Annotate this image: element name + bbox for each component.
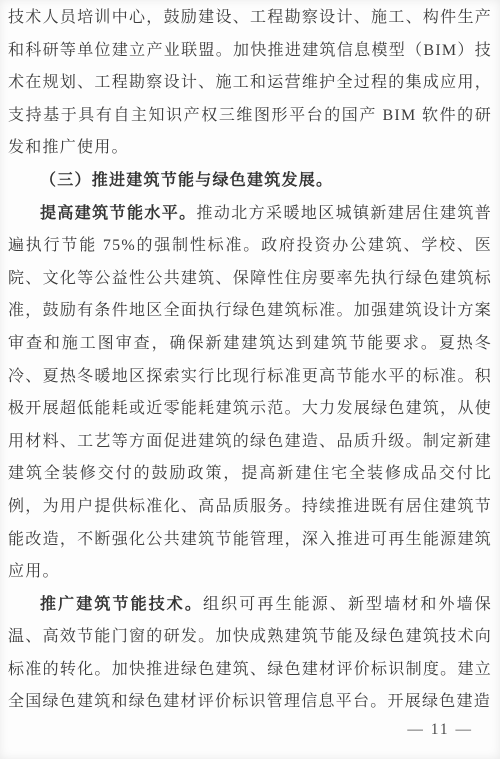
paragraph-text: 推动北方采暖地区城镇新建居住建筑普遍执行节能 75%的强制性标准。政府投资办公建… [8,205,492,581]
document-body: 技术人员培训中心，鼓励建设、工程勘察设计、施工、构件生产和科研等单位建立产业联盟… [0,0,500,719]
section-heading: （三）推进建筑节能与绿色建筑发展。 [8,165,492,198]
document-page: 技术人员培训中心，鼓励建设、工程勘察设计、施工、构件生产和科研等单位建立产业联盟… [0,0,500,759]
page-number: — 11 — [407,721,473,739]
paragraph-continuation: 技术人员培训中心，鼓励建设、工程勘察设计、施工、构件生产和科研等单位建立产业联盟… [8,2,492,165]
paragraph-energy-tech: 推广建筑节能技术。组织可再生能源、新型墙材和外墙保温、高效节能门窗的研发。加快成… [8,589,492,719]
paragraph-energy-level: 提高建筑节能水平。推动北方采暖地区城镇新建居住建筑普遍执行节能 75%的强制性标… [8,198,492,589]
paragraph-bold-lead: 推广建筑节能技术。 [40,596,203,613]
paragraph-text: 技术人员培训中心，鼓励建设、工程勘察设计、施工、构件生产和科研等单位建立产业联盟… [8,9,492,156]
paragraph-bold-lead: 提高建筑节能水平。 [40,205,197,222]
section-heading-text: （三）推进建筑节能与绿色建筑发展。 [40,172,333,189]
